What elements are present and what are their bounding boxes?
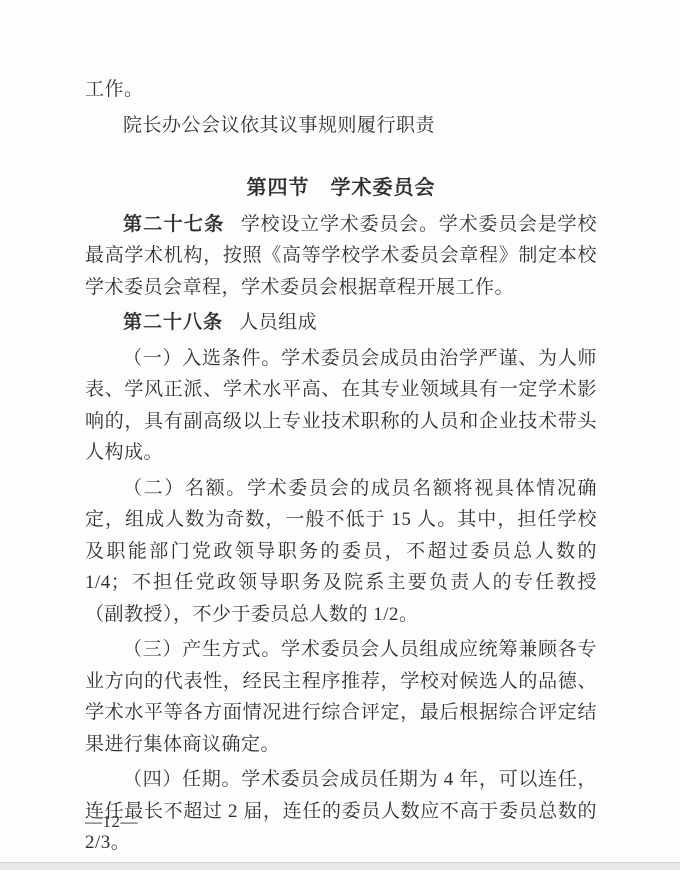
item-term: （四）任期。学术委员会成员任期为 4 年，可以连任，连任最长不超过 2 届，连任… bbox=[85, 764, 597, 859]
page-footer: —12— bbox=[85, 812, 138, 832]
item-quota: （二）名额。学术委员会的成员名额将视具体情况确定，组成人数为奇数，一般不低于 1… bbox=[85, 473, 597, 631]
paragraph-dean-meeting: 院长办公会议依其议事规则履行职责 bbox=[85, 110, 597, 142]
document-page: 工作。 院长办公会议依其议事规则履行职责 第四节 学术委员会 第二十七条学校设立… bbox=[0, 0, 680, 870]
scan-bottom-edge bbox=[0, 862, 680, 870]
page-number: —12— bbox=[85, 812, 138, 831]
document-body: 工作。 院长办公会议依其议事规则履行职责 第四节 学术委员会 第二十七条学校设立… bbox=[85, 74, 597, 859]
article-28-text: 人员组成 bbox=[239, 312, 317, 333]
item-selection-criteria: （一）入选条件。学术委员会成员由治学严谨、为人师表、学风正派、学术水平高、在其专… bbox=[85, 343, 597, 469]
item-selection-method: （三）产生方式。学术委员会人员组成应统筹兼顾各专业方向的代表性，经民主程序推荐，… bbox=[85, 634, 597, 760]
article-27-number: 第二十七条 bbox=[123, 214, 225, 235]
article-28: 第二十八条人员组成 bbox=[85, 307, 597, 339]
paragraph-continuation: 工作。 bbox=[85, 74, 597, 106]
section-heading: 第四节 学术委员会 bbox=[85, 173, 597, 205]
article-28-number: 第二十八条 bbox=[123, 312, 223, 333]
article-27: 第二十七条学校设立学术委员会。学术委员会是学校最高学术机构，按照《高等学校学术委… bbox=[85, 209, 597, 304]
